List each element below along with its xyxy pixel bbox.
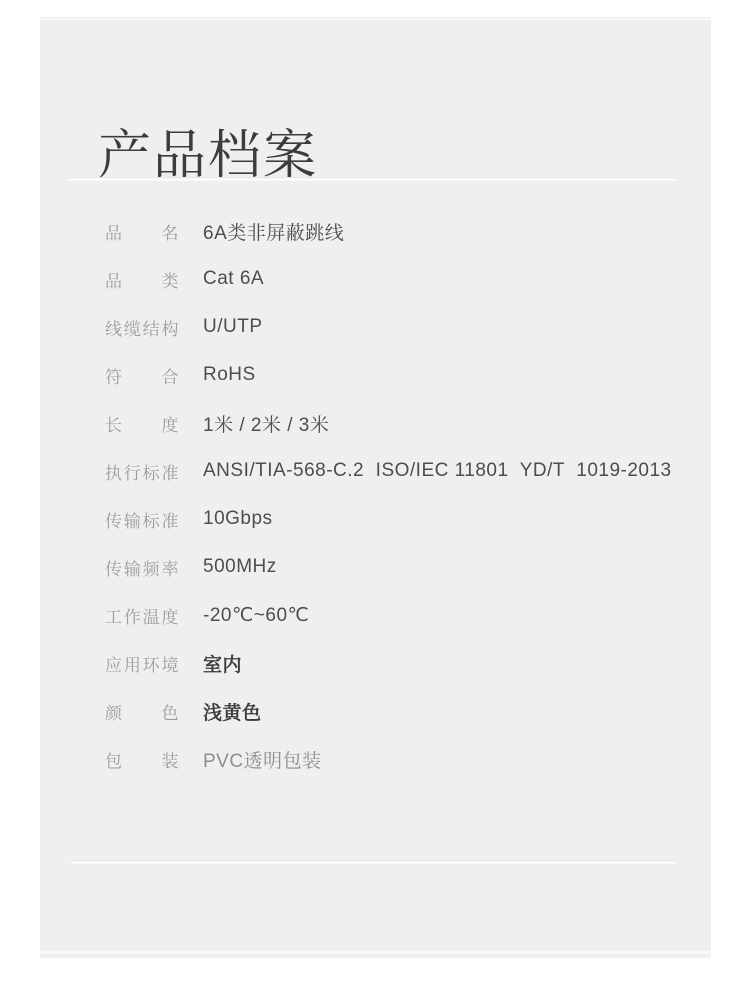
bottom-divider	[71, 860, 676, 865]
spec-row-application-environment: 应用环境 室内	[105, 652, 691, 674]
spec-value: 6A类非屏蔽跳线	[203, 218, 344, 245]
product-spec-page: 产品档案 品 名 6A类非屏蔽跳线 品 类 Cat 6A 线缆结构 U/UTP …	[0, 0, 750, 983]
title-divider	[68, 177, 677, 182]
spec-label: 品 类	[105, 267, 179, 292]
spec-value: RoHS	[203, 364, 256, 386]
spec-label: 颜 色	[105, 699, 179, 724]
spec-value: 浅黄色	[203, 698, 262, 725]
spec-value: 500MHz	[203, 556, 277, 578]
spec-label: 执行标准	[105, 459, 179, 484]
spec-label: 品 名	[105, 219, 179, 244]
spec-label: 应用环境	[105, 651, 179, 676]
spec-row-packaging: 包 装 PVC透明包装	[105, 748, 691, 770]
spec-value: ANSI/TIA-568-C.2 ISO/IEC 11801 YD/T 1019…	[203, 460, 672, 482]
spec-label: 工作温度	[105, 603, 179, 628]
spec-row-color: 颜 色 浅黄色	[105, 700, 691, 722]
spec-label: 传输标准	[105, 507, 179, 532]
spec-row-product-name: 品 名 6A类非屏蔽跳线	[105, 220, 691, 242]
spec-label: 传输频率	[105, 555, 179, 580]
spec-row-length: 长 度 1米 / 2米 / 3米	[105, 412, 691, 434]
spec-list: 品 名 6A类非屏蔽跳线 品 类 Cat 6A 线缆结构 U/UTP 符 合 R…	[105, 220, 691, 796]
spec-label: 长 度	[105, 411, 179, 436]
spec-value: Cat 6A	[203, 268, 264, 290]
spec-row-operating-temperature: 工作温度 -20℃~60℃	[105, 604, 691, 626]
spec-value: 1米 / 2米 / 3米	[203, 410, 329, 437]
spec-row-compliance: 符 合 RoHS	[105, 364, 691, 386]
spec-row-transmission-standard: 传输标准 10Gbps	[105, 508, 691, 530]
spec-label: 线缆结构	[105, 315, 179, 340]
spec-row-category: 品 类 Cat 6A	[105, 268, 691, 290]
spec-label: 包 装	[105, 747, 179, 772]
spec-value: 10Gbps	[203, 508, 273, 530]
spec-label: 符 合	[105, 363, 179, 388]
spec-row-cable-structure: 线缆结构 U/UTP	[105, 316, 691, 338]
spec-row-transmission-frequency: 传输频率 500MHz	[105, 556, 691, 578]
spec-value: PVC透明包装	[203, 746, 322, 773]
spec-value: U/UTP	[203, 316, 263, 338]
spec-row-standards: 执行标准 ANSI/TIA-568-C.2 ISO/IEC 11801 YD/T…	[105, 460, 691, 482]
spec-value: -20℃~60℃	[203, 604, 309, 627]
spec-value: 室内	[203, 650, 242, 677]
spec-sheet-card: 产品档案 品 名 6A类非屏蔽跳线 品 类 Cat 6A 线缆结构 U/UTP …	[40, 17, 711, 958]
